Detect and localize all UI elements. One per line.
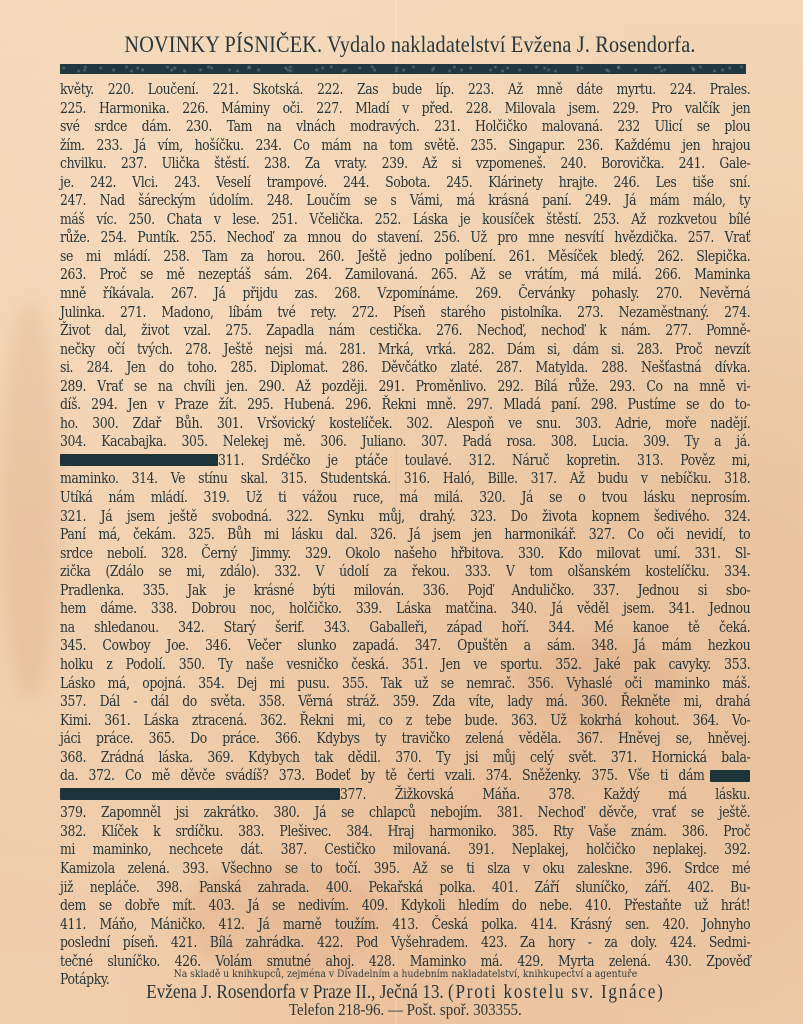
header-rule <box>60 64 746 74</box>
censor-bar <box>60 454 218 466</box>
song-list-line: hem dáme. 338. Dobrou noc, holčičko. 339… <box>60 599 750 618</box>
song-list-line: Život dal, život vzal. 275. Zapadla nám … <box>60 321 750 340</box>
song-list-line: jáci práce. 365. Do práce. 366. Kdybys t… <box>60 729 750 748</box>
page-title: NOVINKY PÍSNIČEK. Vydalo nakladatelství … <box>84 32 735 58</box>
song-list-line: květy. 220. Loučení. 221. Skotská. 222. … <box>60 80 750 99</box>
song-list-line-redacted: da. 372. Co mě děvče svádíš? 373. Bodeť … <box>60 766 750 785</box>
song-list-line: 382. Klíček k srdíčku. 383. Plešivec. 38… <box>60 822 750 841</box>
song-list-line: díš. 294. Jen v Praze žít. 295. Hubená. … <box>60 395 750 414</box>
song-list-line: zička (Zdálo se mi, zdálo). 332. V údolí… <box>60 562 750 581</box>
footer-note: Na skladě u knihkupců, zejména v Divadel… <box>40 968 770 980</box>
song-list-line: Lásko má, opojná. 354. Dej mi pusu. 355.… <box>60 674 750 693</box>
song-list-line: Kimi. 361. Láska ztracená. 362. Řekni mi… <box>60 711 750 730</box>
song-list-line-redacted: 311. Srdéčko je ptáče toulavé. 312. Náru… <box>60 451 750 470</box>
song-list-line: máš víc. 250. Chata v lese. 251. Včeličk… <box>60 210 750 229</box>
song-list-line: se mi mládí. 258. Tam za horou. 260. Ješ… <box>60 247 750 266</box>
censor-bar <box>710 770 750 782</box>
song-list-line: poslední píseň. 421. Bílá zahrádka. 422.… <box>60 933 750 952</box>
censor-bar <box>60 788 340 800</box>
song-list-line: 247. Nad šáreckým údolím. 248. Loučím se… <box>60 191 750 210</box>
song-list-line: 263. Proč se mě nezeptáš sám. 264. Zamil… <box>60 265 750 284</box>
song-list-line: 225. Harmonika. 226. Máminy oči. 227. Ml… <box>60 99 750 118</box>
document-page: NOVINKY PÍSNIČEK. Vydalo nakladatelství … <box>0 0 803 1024</box>
footer-phone: Telefon 218-96. — Pošt. spoř. 303355. <box>30 1000 780 1020</box>
song-list-line: 304. Kacabajka. 305. Nelekej mě. 306. Ju… <box>60 432 750 451</box>
song-list-line: žím. 233. Já vím, hošíčku. 234. Co mám n… <box>60 136 750 155</box>
song-list-line: 411. Máňo, Máničko. 412. Já marně toužím… <box>60 915 750 934</box>
song-list-line: 368. Zrádná láska. 369. Kdybych tak dědi… <box>60 748 750 767</box>
song-list-line: mně říkávala. 267. Já přijdu zas. 268. V… <box>60 284 750 303</box>
title-lead: NOVINKY PÍSNIČEK. <box>124 32 322 57</box>
song-list-line: 289. Vrať se na chvíli jen. 290. Až pozd… <box>60 377 750 396</box>
song-list-line: Utíká nám mládí. 319. Už ti vážou ruce, … <box>60 488 750 507</box>
title-publisher: Vydalo nakladatelství Evžena J. Rosendor… <box>327 32 695 57</box>
song-list: květy. 220. Loučení. 221. Skotská. 222. … <box>60 80 750 989</box>
song-list-line: je. 242. Vlci. 243. Veselí trampové. 244… <box>60 173 750 192</box>
song-list-line: chvilku. 237. Ulička štěstí. 238. Za vra… <box>60 154 750 173</box>
song-list-line: holku z Podolí. 350. Ty naše vesničko če… <box>60 655 750 674</box>
song-list-line: nečky očí tvých. 278. Ještě nejsi má. 28… <box>60 340 750 359</box>
song-list-line: 357. Dál - dál do světa. 358. Věrná strá… <box>60 692 750 711</box>
song-list-line: maminko. 314. Ve stínu skal. 315. Studen… <box>60 469 750 488</box>
song-list-line: Kamizola zelená. 393. Všechno se to točí… <box>60 859 750 878</box>
song-list-line: ho. 300. Zdař Bůh. 301. Vršovický kostel… <box>60 414 750 433</box>
song-list-line-redacted: 377. Žižkovská Máňa. 378. Každý má lásku… <box>60 785 750 804</box>
song-list-line: své srdce dám. 230. Tam na vlnách modrav… <box>60 117 750 136</box>
song-list-line: mi maminko, nechcete dát. 387. Cestičko … <box>60 840 750 859</box>
song-list-line: 379. Zapomněl jsi zakrátko. 380. Já se c… <box>60 803 750 822</box>
song-list-line: srdce nebolí. 328. Černý Jimmy. 329. Oko… <box>60 544 750 563</box>
song-list-line: Paní má, čekám. 325. Bůh mi lásku dal. 3… <box>60 525 750 544</box>
song-list-line: již nepláče. 398. Panská zahrada. 400. P… <box>60 878 750 897</box>
song-list-line: 321. Já jsem ještě svobodná. 322. Synku … <box>60 507 750 526</box>
song-list-line: Pradlenka. 335. Jak je krásné býti milov… <box>60 581 750 600</box>
song-list-line: růže. 254. Puntík. 255. Nechoď za mnou d… <box>60 228 750 247</box>
song-list-line: dem se dobře mít. 403. Já se nedivím. 40… <box>60 896 750 915</box>
song-list-line: Julinka. 271. Madono, líbám tvé rety. 27… <box>60 303 750 322</box>
song-list-line: si. 284. Jen do toho. 285. Diplomat. 286… <box>60 358 750 377</box>
song-list-line: na shledanou. 342. Starý šerif. 343. Gab… <box>60 618 750 637</box>
song-list-line: 345. Cowboy Joe. 346. Večer slunko zapad… <box>60 636 750 655</box>
paper-stain <box>0 300 60 700</box>
